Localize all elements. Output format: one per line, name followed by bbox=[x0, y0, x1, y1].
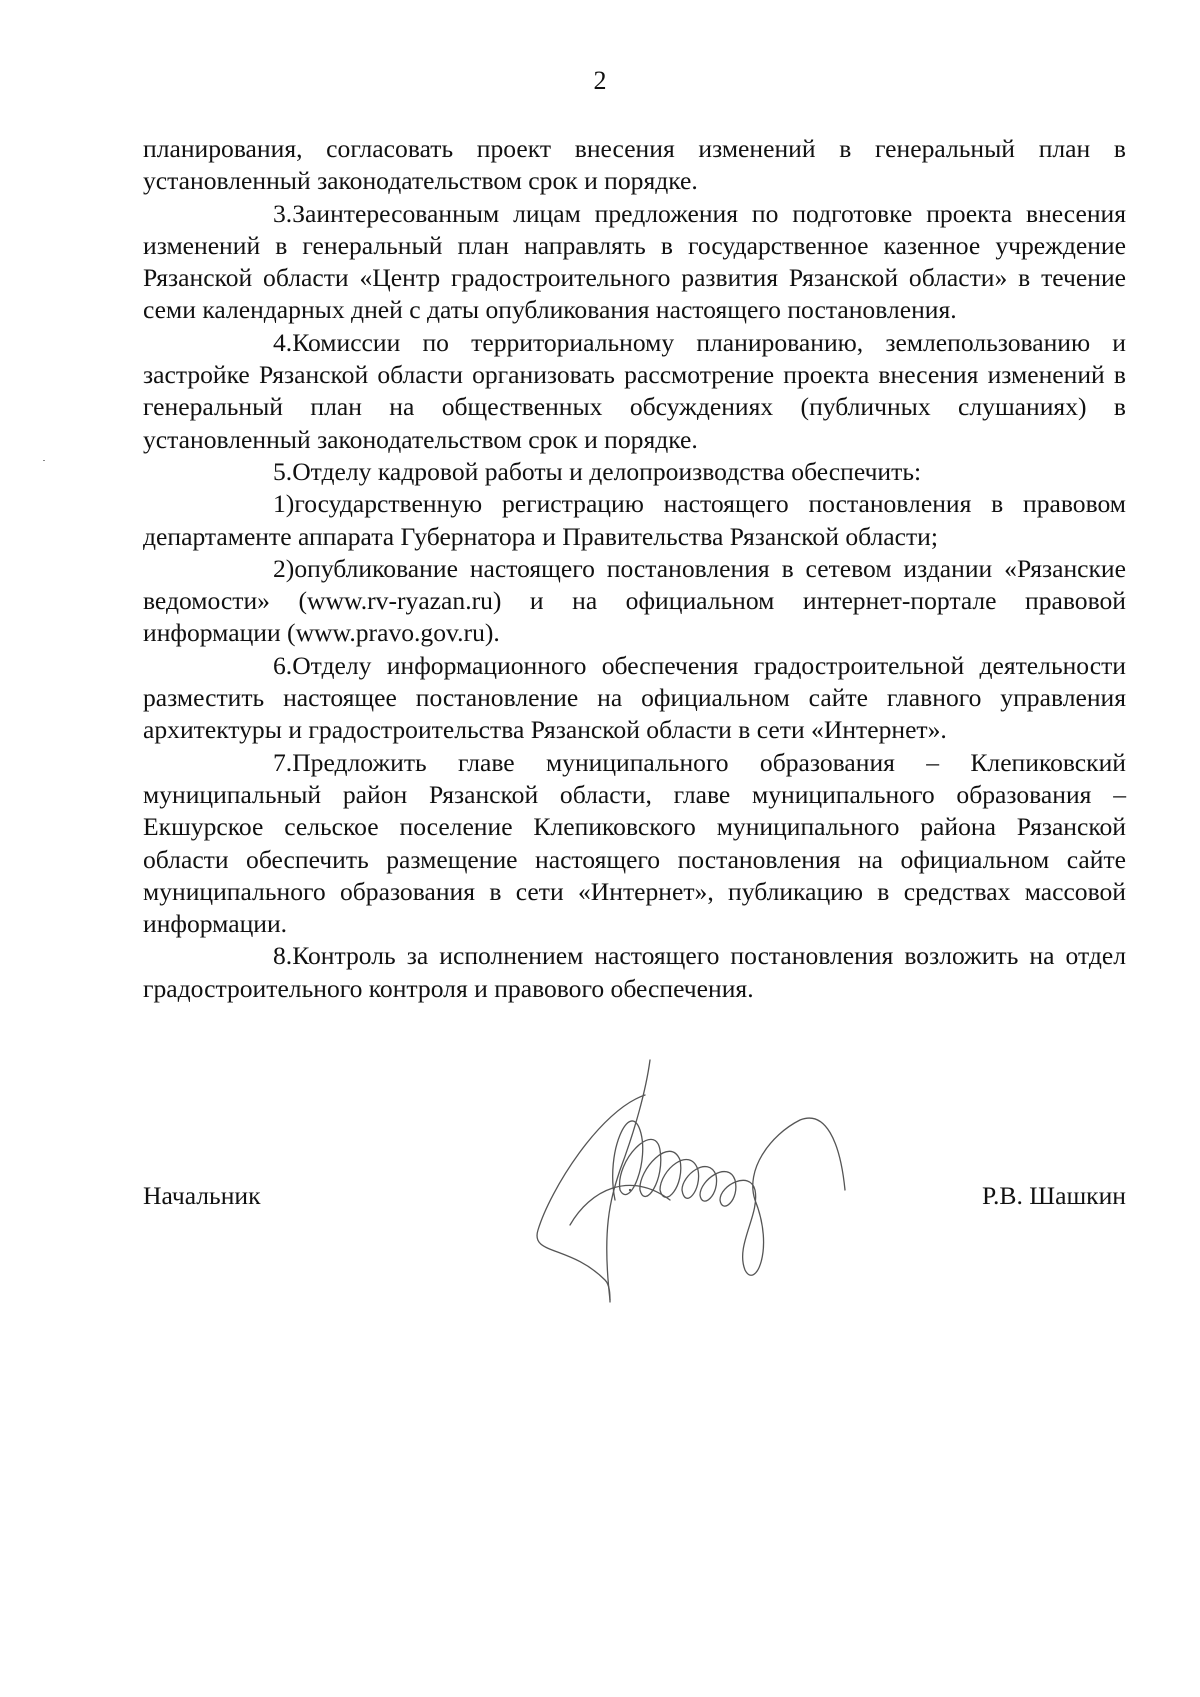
paragraph-number: 4. bbox=[208, 327, 292, 359]
paragraph-number: 3. bbox=[208, 198, 292, 230]
paragraph-subitem-2: 2)опубликование настоящего постановления… bbox=[143, 553, 1126, 650]
scan-artifact bbox=[43, 460, 45, 461]
page-number: 2 bbox=[0, 66, 1200, 96]
paragraph-item-8: 8.Контроль за исполнением настоящего пос… bbox=[143, 940, 1126, 1005]
paragraph-number: 7. bbox=[208, 747, 292, 779]
document-body: планирования, согласовать проект внесени… bbox=[143, 133, 1126, 1005]
paragraph-text: планирования, согласовать проект внесени… bbox=[143, 134, 1126, 195]
paragraph-number: 6. bbox=[208, 650, 292, 682]
paragraph-item-6: 6.Отделу информационного обеспечения гра… bbox=[143, 650, 1126, 747]
paragraph-text: Отделу кадровой работы и делопроизводств… bbox=[292, 457, 921, 486]
document-page: 2 планирования, согласовать проект внесе… bbox=[0, 0, 1200, 1697]
paragraph-number: 5. bbox=[208, 456, 292, 488]
paragraph-number: 2) bbox=[208, 553, 294, 585]
paragraph-continuation: планирования, согласовать проект внесени… bbox=[143, 133, 1126, 198]
paragraph-item-7: 7.Предложить главе муниципального образо… bbox=[143, 747, 1126, 941]
handwritten-signature-icon bbox=[510, 1040, 870, 1320]
paragraph-subitem-1: 1)государственную регистрацию настоящего… bbox=[143, 488, 1126, 553]
paragraph-number: 8. bbox=[208, 940, 292, 972]
paragraph-item-4: 4.Комиссии по территориальному планирова… bbox=[143, 327, 1126, 456]
position-title: Начальник bbox=[143, 1180, 261, 1212]
paragraph-number: 1) bbox=[208, 488, 294, 520]
signer-name: Р.В. Шашкин bbox=[982, 1180, 1126, 1212]
paragraph-item-5: 5.Отделу кадровой работы и делопроизводс… bbox=[143, 456, 1126, 488]
paragraph-item-3: 3.Заинтересованным лицам предложения по … bbox=[143, 198, 1126, 327]
